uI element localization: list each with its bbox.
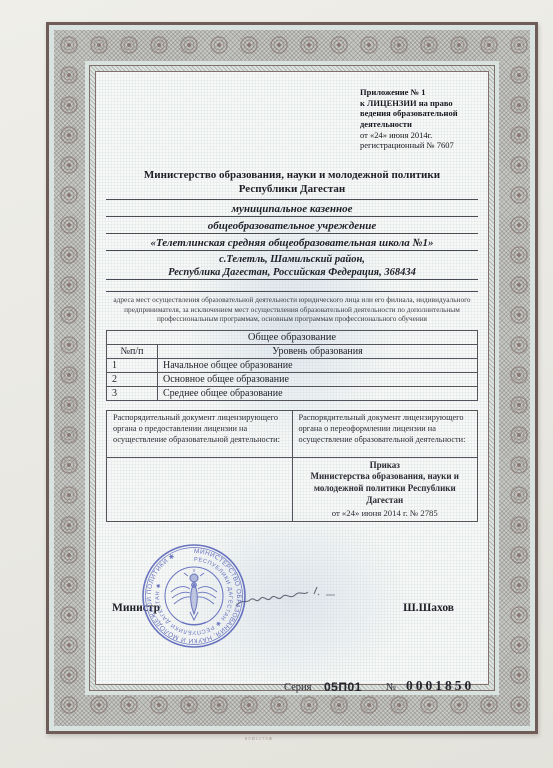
annex-line: ведения образовательной (360, 108, 484, 119)
row-level: Основное общее образование (158, 372, 478, 386)
ministry-title-line1: Министерство образования, науки и молоде… (106, 168, 478, 182)
order-ministry-line1: Министерства образования, науки и (299, 471, 472, 483)
order-date-number: от «24» июня 2014 г. № 2785 (299, 508, 472, 519)
table-header-row: №п/п Уровень образования (107, 344, 478, 358)
series-label: Серия (284, 682, 312, 693)
orders-table: Распорядительный документ лицензирующего… (106, 410, 478, 522)
table-row: 2 Основное общее образование (107, 372, 478, 386)
series-number-row: Серия 05П01 № 0001850 (106, 678, 478, 698)
blank-rule-line (106, 280, 478, 292)
dagestan-coat-of-arms-icon (171, 569, 217, 625)
row-num: 2 (107, 372, 158, 386)
minister-name: Ш.Шахов (403, 602, 454, 614)
annex-date: от «24» июня 2014г. (360, 130, 484, 141)
table-row: 3 Среднее общее образование (107, 386, 478, 400)
row-level: Среднее общее образование (158, 386, 478, 400)
ministry-title: Министерство образования, науки и молоде… (106, 168, 478, 200)
number-sign: № (386, 682, 396, 693)
annex-note: Приложение № 1 к ЛИЦЕНЗИИ на право веден… (360, 87, 484, 151)
annex-reg-number: регистрационный № 7607 (360, 140, 484, 151)
grant-value-cell (107, 457, 293, 521)
order-title: Приказ (299, 460, 472, 472)
reissue-caption-cell: Распорядительный документ лицензирующего… (292, 410, 478, 457)
org-name: «Телетлинская средняя общеобразовательна… (106, 234, 478, 251)
orders-caption-row: Распорядительный документ лицензирующего… (107, 410, 478, 457)
field-caption: адреса мест осуществления образовательно… (106, 295, 478, 323)
table-row: 1 Начальное общее образование (107, 358, 478, 372)
certificate: Приложение № 1 к ЛИЦЕНЗИИ на право веден… (46, 22, 538, 734)
number-value: 0001850 (406, 678, 474, 694)
order-ministry-line2: молодежной политики Республики Дагестан (299, 483, 472, 506)
ministry-title-line2: Республики Дагестан (106, 182, 478, 196)
annex-line: к ЛИЦЕНЗИИ на право (360, 98, 484, 109)
orders-value-row: Приказ Министерства образования, науки и… (107, 457, 478, 521)
org-address-line2: Республика Дагестан, Российская Федераци… (106, 267, 478, 281)
row-num: 1 (107, 358, 158, 372)
scanned-paper: { "document": { "annex_note": { "line1":… (0, 0, 553, 768)
education-table-title: Общее образование (107, 330, 478, 344)
org-address-line1: с.Телетль, Шамильский район, (106, 251, 478, 267)
table-title-row: Общее образование (107, 330, 478, 344)
org-type-line2: общеобразовательное учреждение (106, 217, 478, 234)
grant-caption-cell: Распорядительный документ лицензирующего… (107, 410, 293, 457)
column-header-num: №п/п (107, 344, 158, 358)
education-table: Общее образование №п/п Уровень образован… (106, 330, 478, 401)
inner-sheet: Приложение № 1 к ЛИЦЕНЗИИ на право веден… (95, 71, 489, 685)
org-type-line1: муниципальное казенное (106, 200, 478, 217)
row-num: 3 (107, 386, 158, 400)
series-value: 05П01 (324, 680, 362, 694)
signature-mark (234, 582, 344, 612)
row-level: Начальное общее образование (158, 358, 478, 372)
annex-line: Приложение № 1 (360, 87, 484, 98)
printer-mark: 05П1175Ф (245, 736, 273, 741)
column-header-level: Уровень образования (158, 344, 478, 358)
ministry-seal: МИНИСТЕРСТВО ОБРАЗОВАНИЯ, НАУКИ И МОЛОДЕ… (138, 540, 250, 652)
reissue-value-cell: Приказ Министерства образования, науки и… (292, 457, 478, 521)
annex-line: деятельности (360, 119, 484, 130)
